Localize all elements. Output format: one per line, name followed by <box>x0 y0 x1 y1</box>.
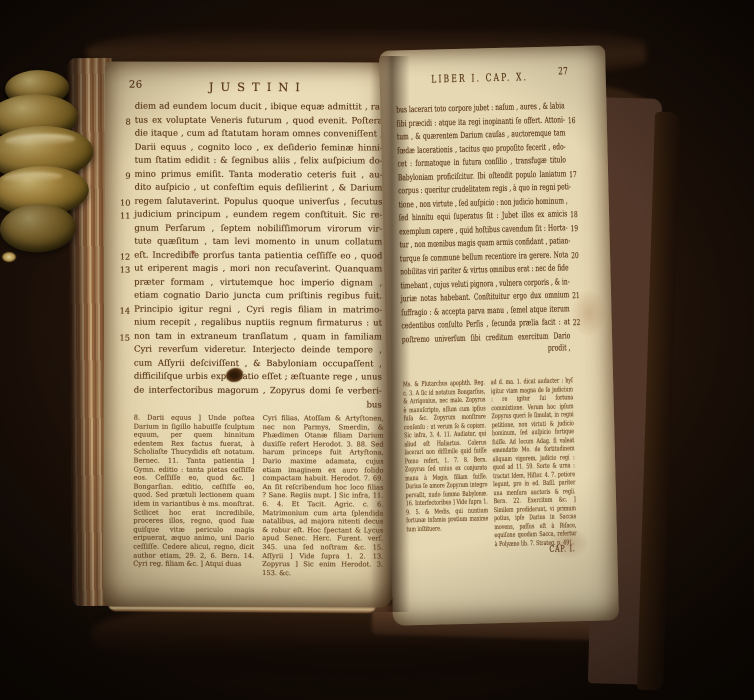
right-page-content: LIBER I. CAP. X. 27 bus lacerari toto co… <box>390 75 606 80</box>
footnote-column-1: 8. Darii equus ] Unde poſtea Darium in ſ… <box>133 414 255 578</box>
footnote-column-2: Cyri filias, Atoſſam & Artyſtonen, nec n… <box>262 414 384 578</box>
section-number: 19 <box>570 222 583 232</box>
section-number: 13 <box>114 265 130 275</box>
main-text: bus lacerari toto corpore jubet : naſum … <box>396 100 570 347</box>
running-title: JUSTINI <box>133 80 383 95</box>
right-page-header: LIBER I. CAP. X. 27 <box>395 70 564 88</box>
section-number: 12 <box>114 251 130 261</box>
section-number: 8 <box>115 116 131 126</box>
text-line: diem ad eundem locum ducit , ibique equæ… <box>135 102 383 116</box>
section-number: 10 <box>114 197 130 207</box>
text-line: 14 Principio igitur regni , Cyri regis f… <box>134 304 382 318</box>
text-line: tum ſtatim edidit : & ſegnibus aliis , f… <box>135 156 383 170</box>
text-line: 12 eſt. Incredibile prorſus tanta patien… <box>134 250 382 264</box>
red-speck-stain <box>190 250 196 255</box>
left-page: 26 JUSTINI diem ad eundem locum ducit , … <box>103 61 395 607</box>
text-line: præter formam , virtutemque hoc imperio … <box>134 277 382 291</box>
section-number: 18 <box>570 209 583 219</box>
page-number: 26 <box>129 80 143 91</box>
section-number: 15 <box>114 332 130 342</box>
antique-book-photo: 26 JUSTINI diem ad eundem locum ducit , … <box>0 0 754 700</box>
text-line: 10 regem ſalutaverint. Populus quoque un… <box>134 196 382 210</box>
brass-clasp <box>0 68 101 272</box>
section-number: 9 <box>115 170 131 180</box>
text-line: Darii equus , cognito loco , ex deſideri… <box>135 142 383 156</box>
foxing-stain <box>548 528 588 558</box>
left-page-header: 26 JUSTINI <box>133 80 383 95</box>
section-number: 17 <box>569 168 582 178</box>
main-text: diem ad eundem locum ducit , ibique equæ… <box>134 102 383 400</box>
text-line: tute quæſitum , tam levi momento in unum… <box>134 237 382 251</box>
section-number: 16 <box>568 114 581 124</box>
running-title: LIBER I. CAP. X. <box>395 70 564 86</box>
text-line: etiam cognatio Dario juncta cum priſtini… <box>134 291 382 305</box>
footnotes: Ms. & Plutarchus apophth. Reg. c. 3. A ſ… <box>403 376 577 550</box>
text-line: 8 tus ex voluptate Veneris futurum , quo… <box>135 115 383 129</box>
footnote-column-1: Ms. & Plutarchus apophth. Reg. c. 3. A ſ… <box>403 378 489 550</box>
page-number: 27 <box>558 66 568 77</box>
text-line: dito auſpicio , ut confeſtim equis deſil… <box>134 183 382 197</box>
text-line: Cyri reverſum videretur. Interjecto dein… <box>134 345 382 359</box>
foxing-stain <box>572 290 606 336</box>
text-line: die itaque , cum ad ſtatutam horam omnes… <box>135 129 383 143</box>
page-gutter-shadow <box>370 56 410 612</box>
section-number: 14 <box>114 305 130 315</box>
text-line: 9 mino primus emiſit. Tanta moderatio ce… <box>135 169 383 183</box>
section-number: 11 <box>114 211 130 221</box>
text-line: 13 ut eriperent magis , mori non recuſav… <box>134 264 382 278</box>
text-line: 15 non tam in extraneum tranſlatum , qua… <box>134 331 382 345</box>
footnote-column-2: ad d. ma. 1. dicat audacter : hyſ igitur… <box>491 376 577 548</box>
text-line: difficiliſque urbis expugnatio eſſet ; æ… <box>134 372 382 386</box>
text-line: gnum Perſarum , ſeptem nobiliſſimorum vi… <box>134 223 382 237</box>
section-number: 20 <box>571 249 584 259</box>
catchword: bus <box>134 400 382 411</box>
text-line: cum Aſſyrii deſciviſſent , & Babyloniam … <box>134 358 382 372</box>
text-line: de interfectoribus magorum , Zopyrus dom… <box>134 385 382 399</box>
footnotes: 8. Darii equus ] Unde poſtea Darium in ſ… <box>133 414 384 578</box>
text-line: 11 judicium principum , eundem regem con… <box>134 210 382 224</box>
brass-lobe <box>0 203 77 254</box>
brass-glint <box>2 252 16 262</box>
text-line: nium recepit , regalibus nuptiis regnum … <box>134 318 382 332</box>
